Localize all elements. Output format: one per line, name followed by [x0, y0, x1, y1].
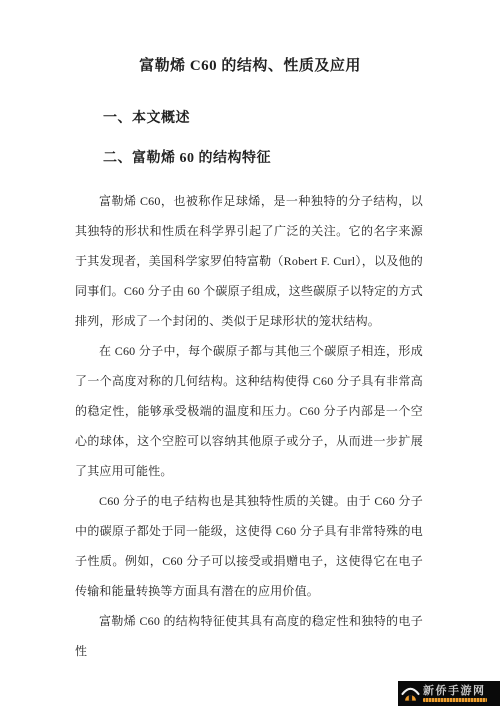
document-body: 一、本文概述 二、富勒烯 60 的结构特征 富勒烯 C60，也被称作足球烯，是一…: [0, 111, 500, 666]
house-icon: [401, 685, 420, 702]
document-title: 富勒烯 C60 的结构、性质及应用: [0, 57, 500, 75]
section-heading-structure: 二、富勒烯 60 的结构特征: [103, 151, 423, 167]
paragraph-4: 富勒烯 C60 的结构特征使其具有高度的稳定性和独特的电子性: [75, 606, 423, 666]
paragraph-3: C60 分子的电子结构也是其独特性质的关键。由于 C60 分子中的碳原子都处于同…: [75, 486, 423, 606]
site-watermark: 新侨手游网: [398, 681, 500, 706]
document-page: 富勒烯 C60 的结构、性质及应用 一、本文概述 二、富勒烯 60 的结构特征 …: [0, 0, 500, 707]
paragraph-block: 富勒烯 C60，也被称作足球烯，是一种独特的分子结构，以其独特的形状和性质在科学…: [75, 186, 423, 666]
logo-tagline-bar: [423, 698, 487, 702]
paragraph-1: 富勒烯 C60，也被称作足球烯，是一种独特的分子结构，以其独特的形状和性质在科学…: [75, 186, 423, 336]
section-heading-overview: 一、本文概述: [103, 111, 423, 127]
site-name-label: 新侨手游网: [423, 685, 487, 697]
watermark-text-column: 新侨手游网: [423, 685, 487, 702]
paragraph-2: 在 C60 分子中，每个碳原子都与其他三个碳原子相连，形成了一个高度对称的几何结…: [75, 336, 423, 486]
